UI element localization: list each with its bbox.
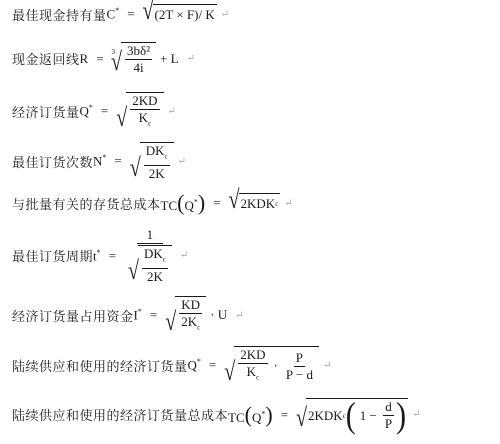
square-root: √ 2KD Kc	[116, 92, 163, 131]
square-root: √ DKc 2K	[128, 245, 172, 284]
formula-cash-return-line: 现金返回线 R = 3 √ 3bδ² 4i + L ↵	[12, 42, 195, 75]
formula-eoq-capital-occupied: 经济订货量占用资金 I* = √ KD 2Kc · U ↵	[12, 296, 244, 335]
fraction: d P	[383, 400, 394, 431]
paragraph-mark-icon: ↵	[180, 250, 188, 261]
cube-root: 3 √ 3bδ² 4i	[112, 42, 157, 75]
formula-lhs: I*	[134, 307, 142, 323]
paragraph-mark-icon: ↵	[178, 156, 186, 167]
formula-label: 陆续供应和使用的经济订货量总成本	[12, 405, 228, 424]
fraction: P P − d	[284, 351, 315, 382]
fraction: 1 √ DKc 2K	[126, 228, 174, 284]
paragraph-mark-icon: ↵	[168, 106, 176, 117]
radical-icon: √	[224, 334, 235, 384]
formula-tail: · U	[210, 307, 227, 323]
equals-sign: =	[101, 103, 108, 119]
equals-sign: =	[109, 248, 116, 264]
formula-lhs: TC(Q*)	[161, 192, 206, 214]
radical-icon: √	[116, 80, 127, 130]
formula-optimal-cash-holding: 最佳现金持有量 C* = √ (2T × F) / K ↵	[12, 4, 229, 24]
equals-sign: =	[281, 407, 288, 423]
formula-label: 最佳订货次数	[12, 152, 93, 171]
square-root: √ 2KDKc	[229, 193, 281, 213]
paragraph-mark-icon: ↵	[221, 9, 229, 20]
square-root: √ (2T × F) / K	[143, 4, 217, 24]
formula-label: 经济订货量占用资金	[12, 306, 134, 325]
square-root: √ 2KDKc ( 1 − d P )	[296, 398, 408, 431]
equals-sign: =	[114, 153, 121, 169]
equals-sign: =	[209, 357, 216, 373]
formula-label: 与批量有关的存货总成本	[12, 194, 161, 213]
formula-lhs: Q*	[80, 103, 93, 119]
equals-sign: =	[127, 6, 134, 22]
formula-batch-related-total-cost: 与批量有关的存货总成本 TC(Q*) = √ 2KDKc ↵	[12, 192, 293, 214]
formula-continuous-supply-total-cost: 陆续供应和使用的经济订货量总成本 TC(Q*) = √ 2KDKc ( 1 − …	[12, 398, 421, 431]
formula-optimal-order-period: 最佳订货周期 t* = 1 √ DKc 2K ↵	[12, 228, 188, 284]
paragraph-mark-icon: ↵	[235, 310, 243, 321]
formula-lhs: R	[80, 51, 89, 67]
fraction: KD 2Kc	[179, 298, 202, 335]
formula-label: 最佳现金持有量	[12, 5, 107, 24]
formula-label: 经济订货量	[12, 102, 80, 121]
square-root: √ DKc 2K	[130, 142, 174, 181]
fraction: 3bδ² 4i	[125, 44, 152, 75]
equals-sign: =	[96, 51, 103, 67]
paragraph-mark-icon: ↵	[284, 198, 292, 209]
fraction: 2KD Kc	[238, 348, 267, 385]
equals-sign: =	[150, 307, 157, 323]
formula-continuous-supply-eoq: 陆续供应和使用的经济订货量 Q* = √ 2KD Kc · P P − d ↵	[12, 346, 331, 385]
formula-optimal-order-count: 最佳订货次数 N* = √ DKc 2K ↵	[12, 142, 186, 181]
radical-icon: √	[143, 0, 154, 24]
formula-lhs: TC(Q*)	[228, 404, 273, 426]
formula-lhs: C*	[107, 6, 120, 22]
formula-label: 最佳订货周期	[12, 246, 93, 265]
square-root: √ KD 2Kc	[165, 296, 206, 335]
square-root: √ 2KD Kc · P P − d	[224, 346, 319, 385]
radical-icon: √	[229, 187, 240, 213]
paragraph-mark-icon: ↵	[187, 53, 195, 64]
formula-label: 陆续供应和使用的经济订货量	[12, 356, 188, 375]
radical-icon: √	[296, 388, 307, 431]
formula-lhs: t*	[93, 248, 101, 264]
formula-label: 现金返回线	[12, 49, 80, 68]
formula-lhs: N*	[93, 153, 106, 169]
paragraph-mark-icon: ↵	[412, 409, 420, 420]
equals-sign: =	[213, 195, 220, 211]
radical-icon: √	[165, 284, 176, 334]
formula-economic-order-quantity: 经济订货量 Q* = √ 2KD Kc ↵	[12, 92, 176, 131]
fraction: 2KD Kc	[130, 94, 159, 131]
formula-lhs: Q*	[188, 357, 201, 373]
fraction: DKc 2K	[144, 144, 170, 181]
paragraph-mark-icon: ↵	[323, 360, 331, 371]
radical-icon: √	[130, 130, 141, 180]
formula-tail: + L	[160, 51, 179, 67]
radical-icon: √	[128, 233, 139, 283]
radical-icon: √	[111, 32, 122, 75]
